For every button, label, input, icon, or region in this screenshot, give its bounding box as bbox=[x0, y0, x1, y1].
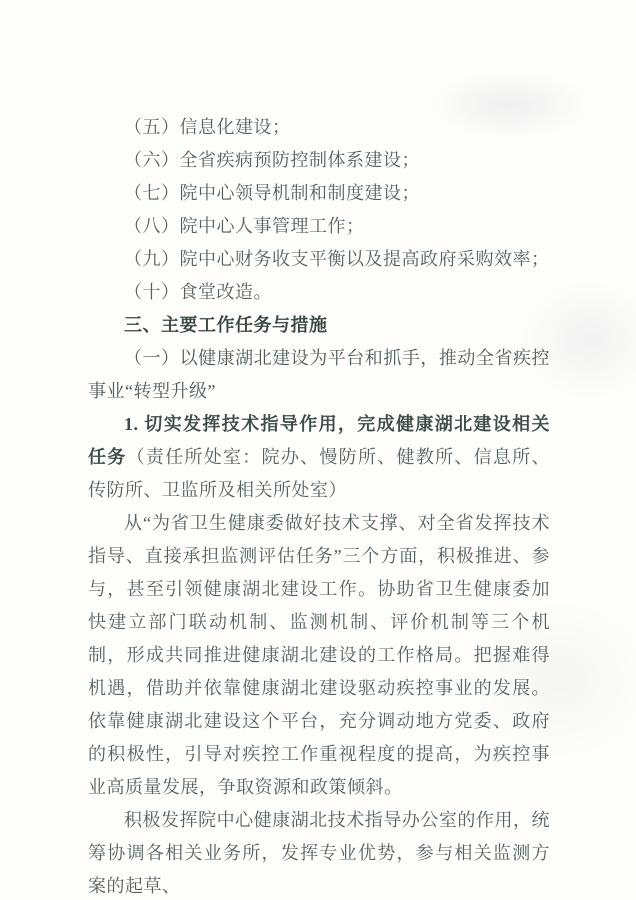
body-paragraph: 积极发挥院中心健康湖北技术指导办公室的作用，统筹协调各相关业务所，发挥专业优势，… bbox=[88, 804, 550, 900]
document-body: （五）信息化建设； （六）全省疾病预防控制体系建设； （七）院中心领导机制和制度… bbox=[88, 111, 550, 900]
list-item: （六）全省疾病预防控制体系建设； bbox=[88, 144, 550, 177]
list-item: （八）院中心人事管理工作； bbox=[88, 210, 550, 243]
list-item: （五）信息化建设； bbox=[88, 111, 550, 144]
task-paragraph: 1. 切实发挥技术指导作用，完成健康湖北建设相关任务（责任所处室：院办、慢防所、… bbox=[88, 408, 550, 507]
document-page: （五）信息化建设； （六）全省疾病预防控制体系建设； （七）院中心领导机制和制度… bbox=[0, 0, 636, 900]
list-item: （七）院中心领导机制和制度建设； bbox=[88, 177, 550, 210]
subsection-heading: （一）以健康湖北建设为平台和抓手，推动全省疾控事业“转型升级” bbox=[88, 342, 550, 408]
body-paragraph: 从“为省卫生健康委做好技术支撑、对全省发挥技术指导、直接承担监测评估任务”三个方… bbox=[88, 507, 550, 804]
list-item: （九）院中心财务收支平衡以及提高政府采购效率； bbox=[88, 243, 550, 276]
section-heading: 三、主要工作任务与措施 bbox=[88, 309, 550, 342]
list-item: （十）食堂改造。 bbox=[88, 276, 550, 309]
task-responsible-text: （责任所处室：院办、慢防所、健教所、信息所、传防所、卫监所及相关所处室） bbox=[88, 447, 550, 500]
